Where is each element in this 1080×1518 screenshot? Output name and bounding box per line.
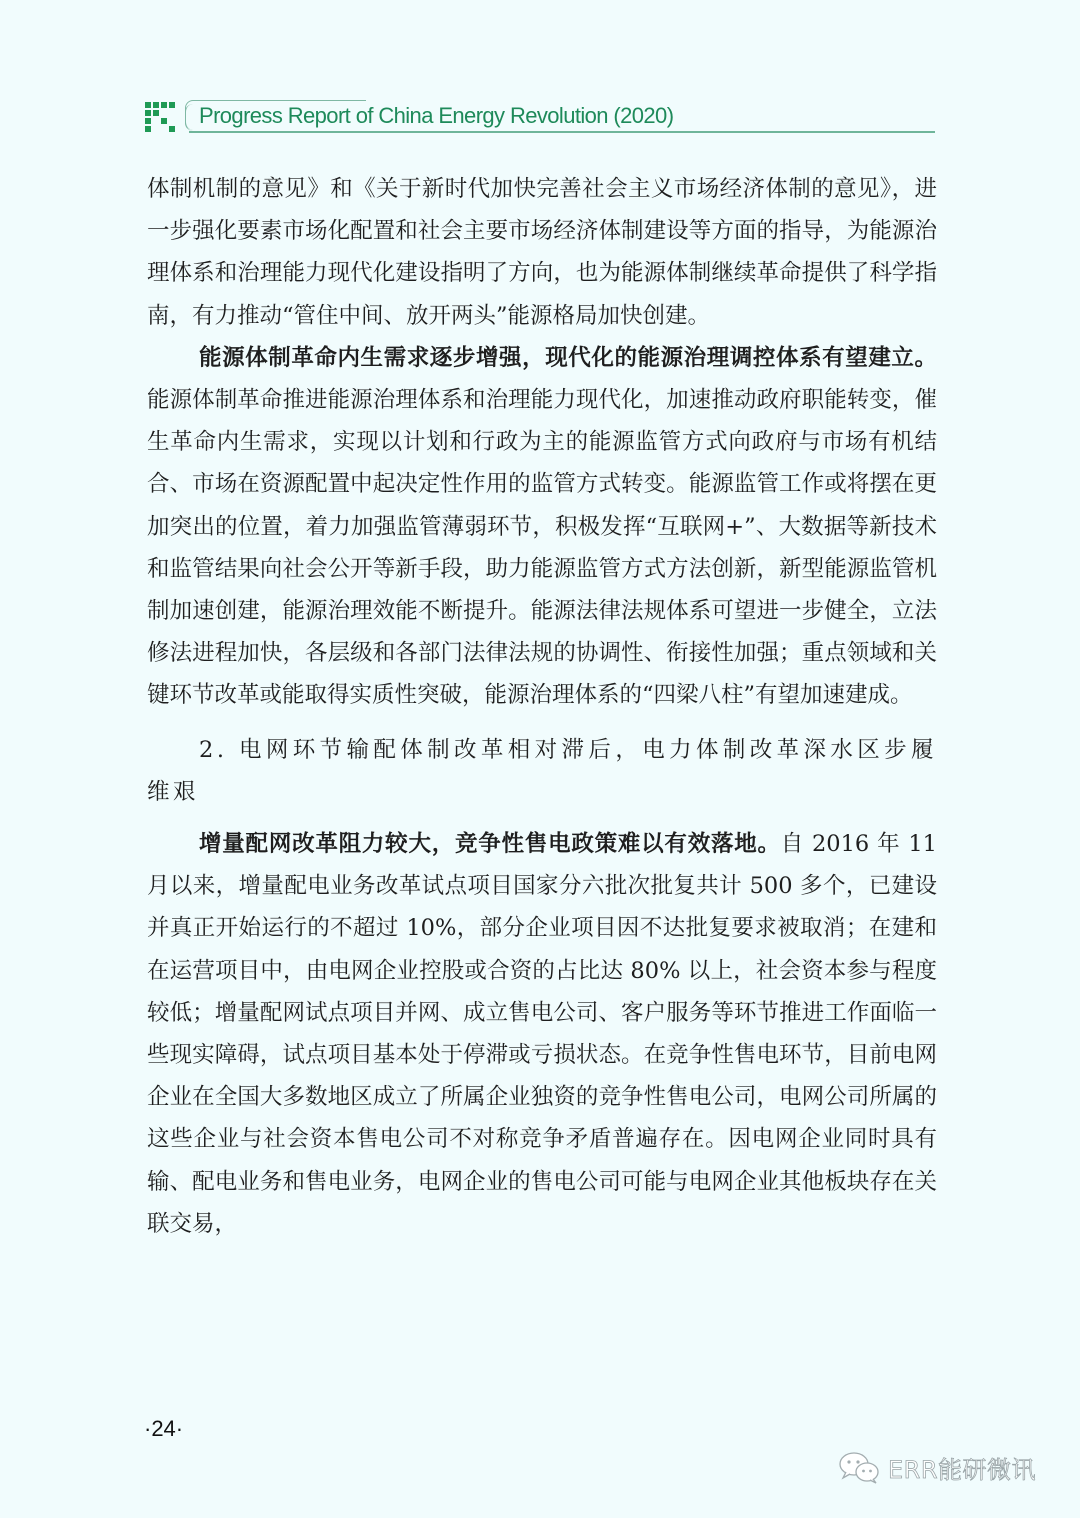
source-watermark: ERR能研微讯 xyxy=(838,1450,1036,1485)
page-body: 体制机制的意见》和《关于新时代加快完善社会主义市场经济体制的意见》，进一步强化要… xyxy=(147,168,937,1245)
paragraph-body: 能源体制革命推进能源治理体系和治理能力现代化，加速推动政府职能转变，催生革命内生… xyxy=(147,387,937,708)
paragraph-continuation: 体制机制的意见》和《关于新时代加快完善社会主义市场经济体制的意见》，进一步强化要… xyxy=(147,168,937,337)
logo-cell xyxy=(161,126,167,132)
section-heading: 2. 电网环节输配体制改革相对滞后，电力体制改革深水区步履维艰 xyxy=(147,729,937,813)
logo-cell xyxy=(161,110,167,116)
paragraph-energy-governance: 能源体制革命内生需求逐步增强，现代化的能源治理调控体系有望建立。能源体制革命推进… xyxy=(147,337,937,717)
logo-cell xyxy=(153,118,159,124)
logo-cell xyxy=(161,118,167,124)
logo-cell xyxy=(153,110,159,116)
running-header-title: Progress Report of China Energy Revoluti… xyxy=(199,103,673,129)
paragraph-lead-sentence: 增量配网改革阻力较大，竞争性售电政策难以有效落地。 xyxy=(199,831,781,857)
logo-cell xyxy=(145,110,151,116)
page-number: ·24· xyxy=(144,1416,183,1442)
paragraph-distribution-reform: 增量配网改革阻力较大，竞争性售电政策难以有效落地。自 2016 年 11 月以来… xyxy=(147,823,937,1245)
logo-cell xyxy=(169,110,175,116)
logo-cell xyxy=(169,102,175,108)
report-logo-icon xyxy=(145,102,175,132)
running-header: Progress Report of China Energy Revoluti… xyxy=(145,100,935,136)
logo-cell xyxy=(145,126,151,132)
logo-cell xyxy=(169,126,175,132)
paragraph-body: 自 2016 年 11 月以来，增量配电业务改革试点项目国家分六批次批复共计 5… xyxy=(147,831,937,1237)
wechat-icon xyxy=(838,1451,882,1485)
logo-cell xyxy=(153,126,159,132)
watermark-text: ERR能研微讯 xyxy=(888,1450,1036,1485)
paragraph-lead-sentence: 能源体制革命内生需求逐步增强，现代化的能源治理调控体系有望建立。 xyxy=(199,345,937,371)
header-rule-divider xyxy=(189,131,935,133)
logo-cell xyxy=(161,102,167,108)
logo-cell xyxy=(145,118,151,124)
logo-cell xyxy=(169,118,175,124)
logo-cell xyxy=(145,102,151,108)
logo-cell xyxy=(153,102,159,108)
